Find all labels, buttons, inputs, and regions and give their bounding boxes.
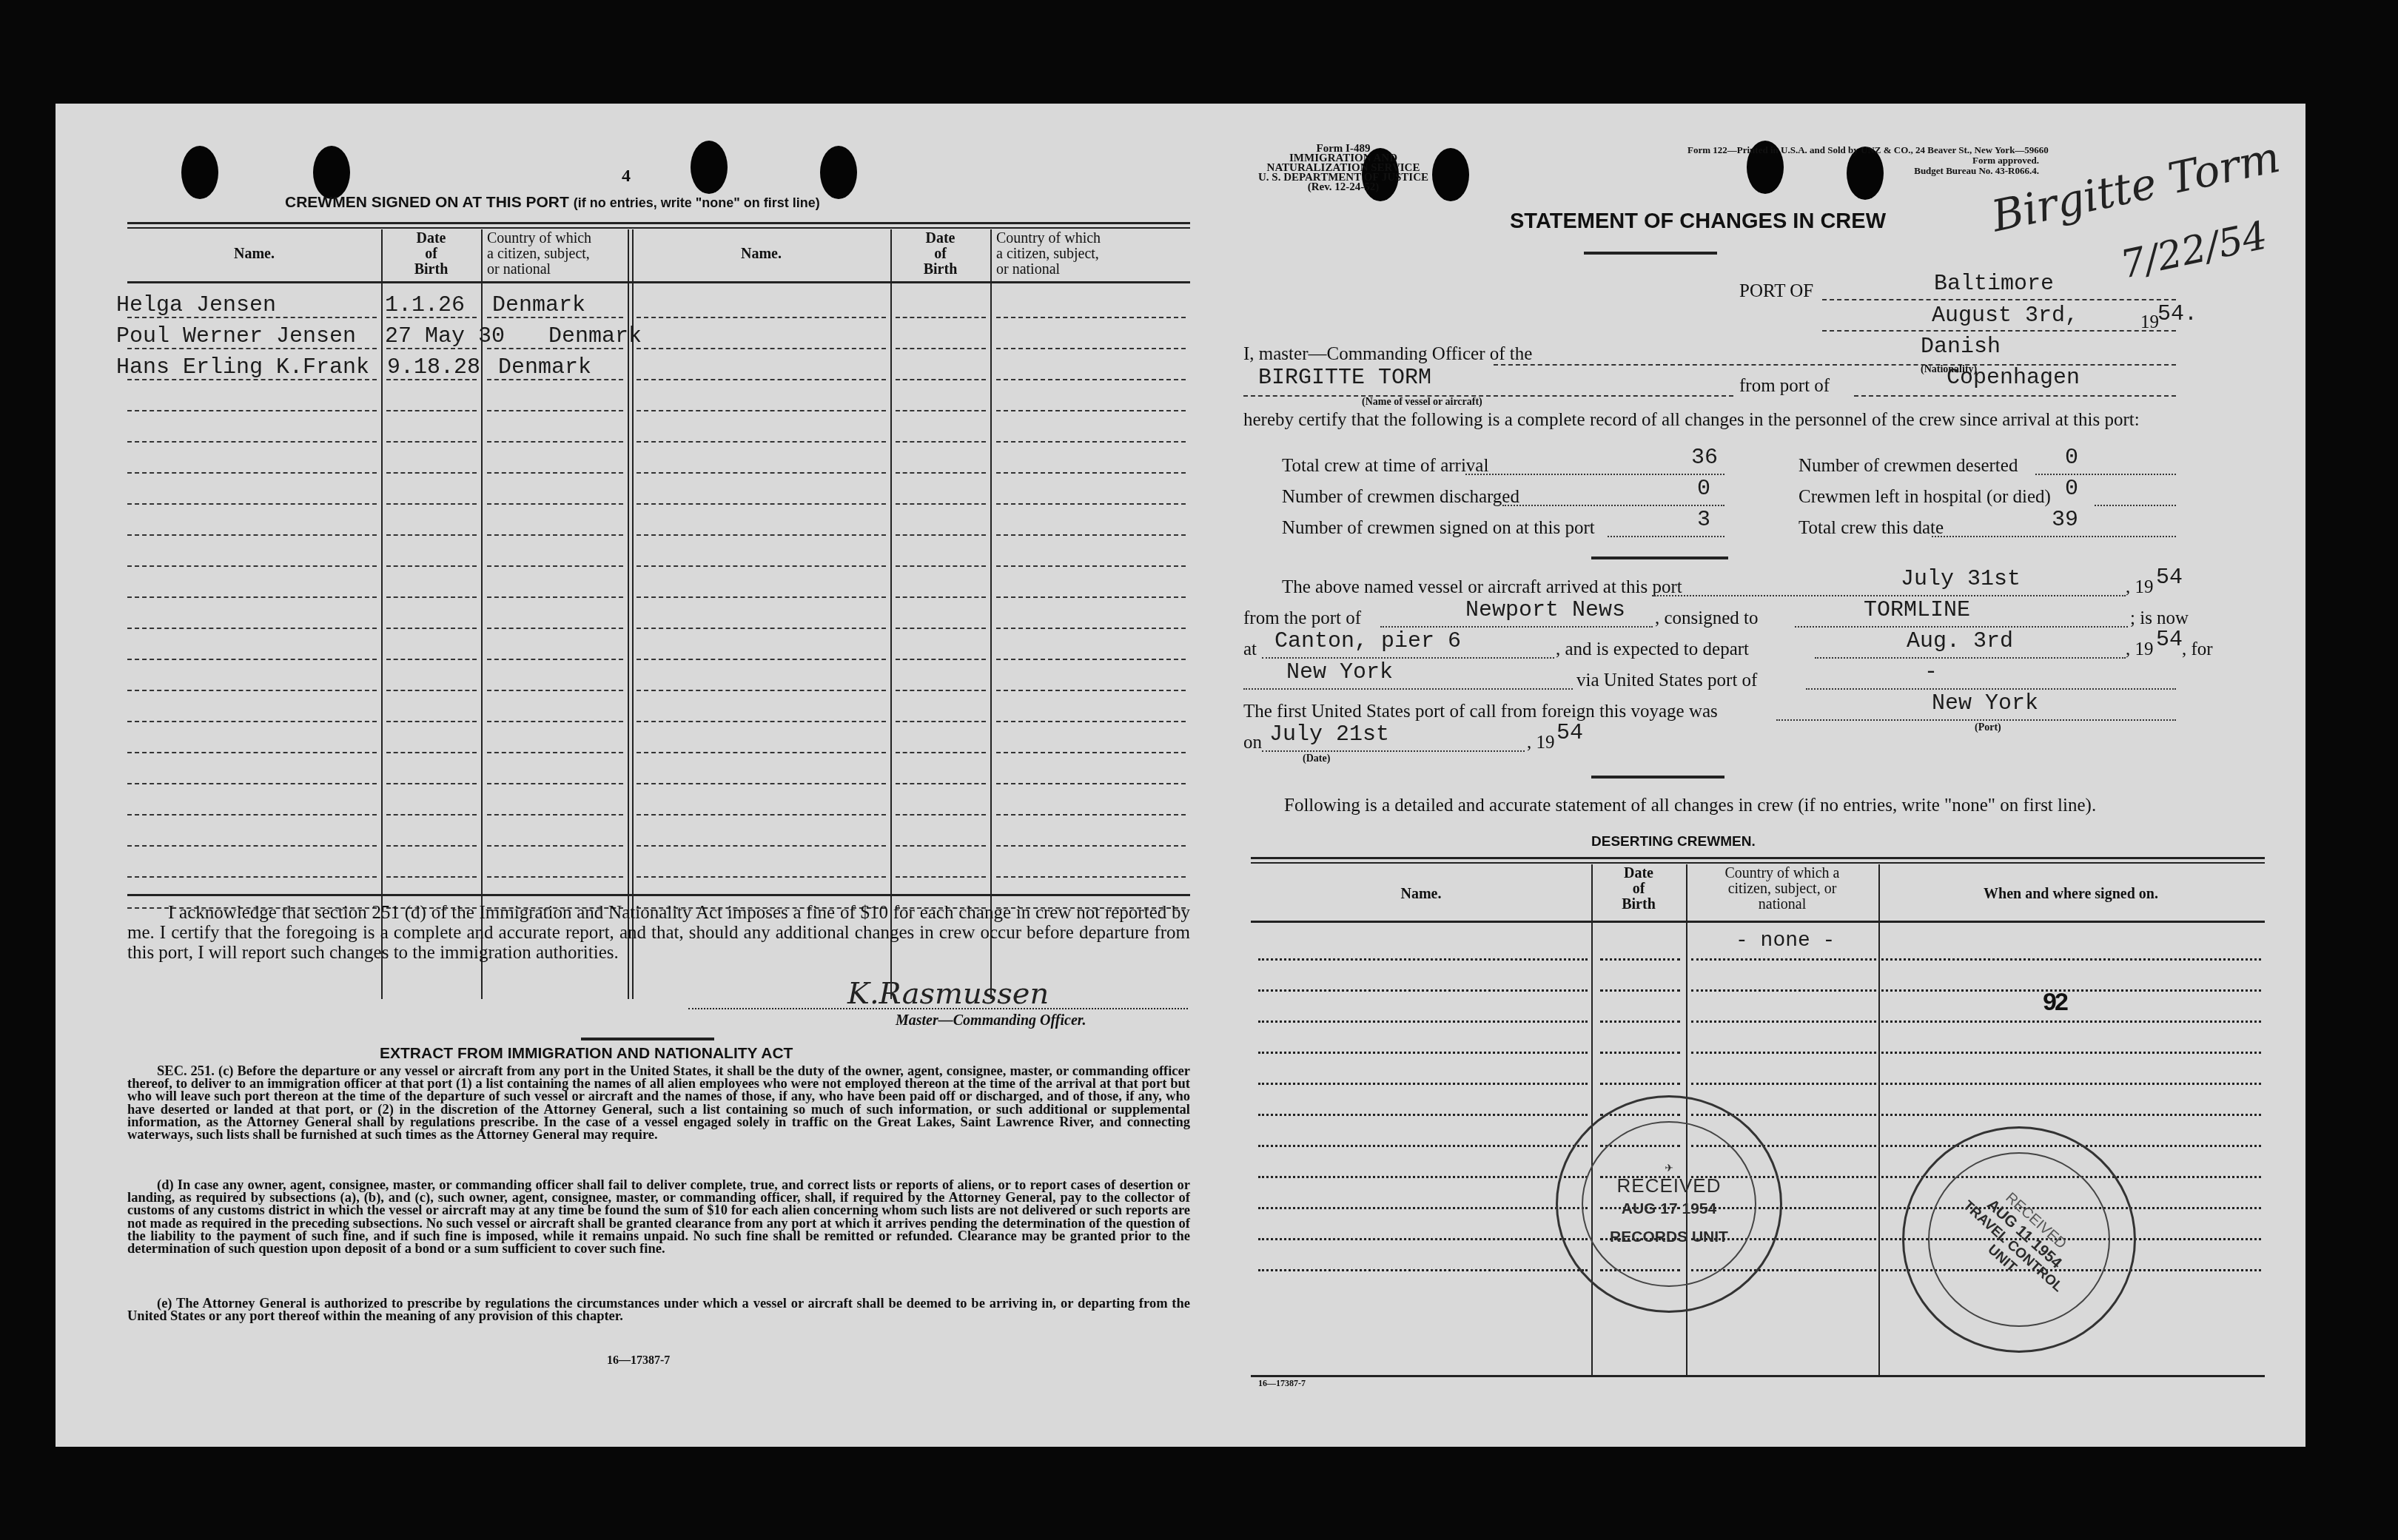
row-line (996, 659, 1186, 660)
depart-date: Aug. 3rd (1907, 629, 2013, 654)
row-line (996, 472, 1186, 474)
row-line (996, 348, 1186, 349)
row-line (1881, 989, 2261, 992)
row-line (1258, 1176, 1588, 1178)
from-port-value: Copenhagen (1947, 366, 2080, 391)
handwritten-date: 7/22/54 (2117, 213, 2271, 287)
stamp-inner-ring (1582, 1121, 1756, 1287)
header-dob-line: Date (1591, 866, 1686, 881)
stat-value: 0 (1697, 477, 1710, 502)
header-rule (1251, 921, 2265, 923)
row-line (996, 534, 1186, 536)
field-line (2095, 505, 2176, 506)
column-divider (1591, 864, 1593, 1375)
crewman-dob: 1.1.26 (385, 293, 465, 318)
field-line (1822, 299, 2176, 300)
field-line (1932, 536, 2176, 537)
certify-text: hereby certify that the following is a c… (1243, 410, 2176, 431)
arrived-label: The above named vessel or aircraft arriv… (1282, 577, 1682, 598)
crewman-dob: 9.18.28 (387, 355, 480, 380)
stat-label: Number of crewmen discharged (1282, 487, 1519, 508)
field-line (2035, 474, 2176, 475)
row-line (637, 503, 886, 505)
punch-hole (313, 146, 350, 199)
signature-caption: Master—Commanding Officer. (896, 1012, 1086, 1029)
row-line (996, 690, 1186, 691)
row-line (1881, 1083, 2261, 1085)
row-line (127, 845, 377, 847)
year-prefix: , 19 (1527, 733, 1555, 753)
stat-label: Total crew at time of arrival (1282, 456, 1488, 477)
row-line (1600, 1052, 1680, 1054)
row-line (386, 659, 477, 660)
row-line (637, 410, 886, 411)
header-when-where: When and where signed on. (1878, 887, 2263, 902)
master-label: I, master—Commanding Officer of the (1243, 344, 1532, 365)
stat-label: Number of crewmen deserted (1798, 456, 2018, 477)
section-title: CREWMEN SIGNED ON AT THIS PORT (if no en… (285, 194, 820, 212)
nationality-value: Danish (1921, 334, 2001, 360)
field-line (1502, 505, 1724, 506)
arrived-date: July 31st (1901, 567, 2021, 592)
row-line (996, 628, 1186, 629)
row-line (1258, 1083, 1588, 1085)
row-line (386, 534, 477, 536)
row-line (637, 317, 886, 318)
header-dob: Date of Birth (890, 231, 990, 278)
header-country: Country of which a citizen, subject, or … (1686, 866, 1878, 912)
date-value: August 3rd, (1932, 303, 2078, 329)
row-line (996, 845, 1186, 847)
acknowledgement-text: I acknowledge that section 251 (d) of th… (127, 903, 1190, 963)
row-line (1881, 958, 2261, 961)
header-dob-line: Birth (1591, 897, 1686, 912)
from-port: Newport News (1465, 598, 1625, 623)
form-code: 16—17387-7 (1258, 1378, 1306, 1389)
extract-section-c: SEC. 251. (c) Before the departure or an… (127, 1066, 1190, 1142)
port-value: Baltimore (1934, 272, 2054, 297)
row-line (996, 783, 1186, 784)
deserting-title: DESERTING CREWMEN. (1591, 834, 1756, 850)
row-line (1258, 1269, 1588, 1271)
row-line (996, 596, 1186, 598)
row-line (637, 690, 886, 691)
row-line (127, 783, 377, 784)
first-port-year: 54 (1556, 721, 1583, 746)
row-line (996, 441, 1186, 443)
column-divider (890, 229, 892, 999)
row-line (487, 472, 623, 474)
row-line (487, 659, 623, 660)
row-line (127, 441, 377, 443)
row-line (637, 845, 886, 847)
row-line (386, 752, 477, 753)
row-line (996, 379, 1186, 380)
row-line (1600, 958, 1680, 961)
first-port-label: The first United States port of call fro… (1243, 702, 1718, 722)
extract-section-d: (d) In case any owner, agent, consignee,… (127, 1180, 1190, 1256)
row-line (386, 503, 477, 505)
row-line (487, 783, 623, 784)
date-caption: (Date) (1303, 753, 1330, 765)
row-line (637, 441, 886, 443)
row-line (637, 752, 886, 753)
row-line (896, 690, 986, 691)
via-port: - (1924, 660, 1938, 685)
signature-line (688, 1008, 1188, 1009)
crewman-dob: 27 May 30 (385, 324, 505, 349)
column-divider (1878, 864, 1880, 1375)
row-line (386, 876, 477, 878)
row-line (127, 472, 377, 474)
stat-value: 36 (1691, 445, 1718, 471)
row-line (487, 690, 623, 691)
header-dob-line: Date (890, 231, 990, 246)
location: Canton, pier 6 (1274, 629, 1461, 654)
row-line (127, 534, 377, 536)
left-page: 4 CREWMEN SIGNED ON AT THIS PORT (if no … (56, 104, 1193, 1447)
header-country-line: or national (487, 262, 628, 278)
field-line (1465, 474, 1724, 475)
destination: New York (1286, 660, 1393, 685)
row-line (896, 503, 986, 505)
row-line (896, 441, 986, 443)
year-prefix: , 19 (2126, 639, 2154, 660)
field-line (1815, 657, 2126, 659)
vessel-caption: (Name of vessel or aircraft) (1362, 397, 1482, 408)
header-dob-line: of (890, 246, 990, 262)
divider (1591, 776, 1724, 779)
divider (581, 1038, 714, 1040)
row-line (386, 410, 477, 411)
budget-number: Budget Bureau No. 43-R066.4. (1828, 166, 2039, 176)
consigned-label: , consigned to (1655, 608, 1759, 629)
row-line (487, 410, 623, 411)
header-country-line: Country of which (487, 231, 628, 246)
punch-hole (820, 146, 857, 199)
row-line (637, 876, 886, 878)
row-line (996, 503, 1186, 505)
crewman-name: Poul Werner Jensen (116, 324, 356, 349)
depart-label: , and is expected to depart (1556, 639, 1749, 660)
row-line (1258, 1145, 1588, 1147)
row-line (1691, 989, 1876, 992)
approval-text: Form approved. (1828, 155, 2039, 166)
stat-label: Number of crewmen signed on at this port (1282, 518, 1595, 539)
row-line (1258, 1114, 1588, 1116)
stamped-number: 92 (2043, 988, 2066, 1017)
divider (1591, 557, 1728, 559)
punch-hole (691, 141, 728, 194)
row-line (637, 596, 886, 598)
row-line (127, 752, 377, 753)
field-line (1795, 626, 2128, 628)
header-country-line: national (1686, 897, 1878, 912)
field-line (1806, 688, 2176, 690)
row-line (487, 752, 623, 753)
row-line (896, 659, 986, 660)
row-line (127, 876, 377, 878)
depart-year: 54 (2156, 628, 2183, 653)
stat-label: Total crew this date (1798, 518, 1944, 539)
header-dob-line: of (1591, 881, 1686, 897)
table-rule (127, 222, 1190, 224)
header-country: Country of which a citizen, subject, or … (996, 231, 1137, 278)
deserting-entry-none: - none - (1736, 929, 1835, 952)
row-line (386, 441, 477, 443)
row-line (637, 659, 886, 660)
form-code: 16—17387-7 (607, 1354, 670, 1368)
row-line (637, 628, 886, 629)
row-line (896, 876, 986, 878)
table-rule (1251, 862, 2265, 864)
stat-value: 0 (2065, 445, 2078, 471)
row-line (1881, 1052, 2261, 1054)
following-text: Following is a detailed and accurate sta… (1243, 796, 2176, 816)
row-line (637, 534, 886, 536)
row-line (487, 596, 623, 598)
row-line (1600, 1020, 1680, 1023)
row-line (637, 379, 886, 380)
crewman-country: Denmark (548, 324, 642, 349)
document-title: STATEMENT OF CHANGES IN CREW (1510, 209, 1886, 234)
row-line (386, 814, 477, 816)
row-line (127, 659, 377, 660)
row-line (1881, 1020, 2261, 1023)
table-rule (127, 227, 1190, 229)
from-port-label: from port of (1739, 376, 1830, 397)
row-line (127, 690, 377, 691)
row-line (487, 534, 623, 536)
header-name: Name. (127, 246, 381, 262)
row-line (1258, 1207, 1588, 1209)
row-line (386, 690, 477, 691)
stat-label: Crewmen left in hospital (or died) (1798, 487, 2051, 508)
row-line (127, 814, 377, 816)
field-line (1243, 395, 1733, 397)
revision: (Rev. 12-24-52) (1247, 183, 1440, 192)
column-divider (990, 229, 992, 999)
via-label: via United States port of (1576, 670, 1757, 691)
header-country: Country of which a citizen, subject, or … (487, 231, 628, 278)
table-rule (1251, 857, 2265, 859)
stat-value: 3 (1697, 508, 1710, 533)
row-line (896, 814, 986, 816)
records-unit-stamp: ✈ RECEIVED AUG 17 1954 RECORDS UNIT (1556, 1095, 1782, 1313)
row-line (896, 628, 986, 629)
row-line (896, 783, 986, 784)
row-line (896, 565, 986, 567)
row-line (996, 565, 1186, 567)
row-line (637, 565, 886, 567)
first-port-date: July 21st (1269, 722, 1389, 747)
row-line (127, 565, 377, 567)
row-line (487, 628, 623, 629)
header-dob-line: Birth (890, 262, 990, 278)
row-line (386, 721, 477, 722)
field-line (1262, 657, 1554, 659)
row-line (896, 410, 986, 411)
row-line (386, 565, 477, 567)
arrived-year: 54 (2156, 565, 2183, 591)
crewman-name: Helga Jensen (116, 293, 276, 318)
row-line (637, 814, 886, 816)
header-country-line: or national (996, 262, 1137, 278)
row-line (127, 503, 377, 505)
row-line (487, 845, 623, 847)
field-line (1262, 750, 1525, 752)
table-bottom-rule (127, 894, 1190, 896)
row-line (1258, 989, 1588, 992)
row-line (896, 752, 986, 753)
header-country-line: Country of which a (1686, 866, 1878, 881)
row-line (1600, 1083, 1680, 1085)
row-line (1691, 958, 1876, 961)
travel-control-stamp: RECEIVED AUG 11 1954 TRAVEL CONTROL UNIT (1902, 1126, 2136, 1353)
field-line (1652, 595, 2126, 596)
field-line (1380, 626, 1653, 628)
section-note: (if no entries, write "none" on first li… (574, 195, 820, 210)
crewman-name: Hans Erling K.Frank (116, 355, 369, 380)
row-line (487, 503, 623, 505)
is-now-label: ; is now (2130, 608, 2189, 629)
row-line (1691, 1052, 1876, 1054)
row-line (637, 721, 886, 722)
year-value: 54. (2157, 302, 2197, 327)
row-line (127, 596, 377, 598)
row-line (996, 876, 1186, 878)
punch-hole (181, 146, 218, 199)
row-line (996, 814, 1186, 816)
page-number: 4 (622, 167, 631, 186)
header-name: Name. (1251, 887, 1591, 902)
extract-title: EXTRACT FROM IMMIGRATION AND NATIONALITY… (380, 1045, 793, 1063)
header-dob: Date of Birth (1591, 866, 1686, 912)
first-port: New York (1932, 691, 2038, 716)
section-title-text: CREWMEN SIGNED ON AT THIS PORT (285, 194, 569, 211)
row-line (487, 876, 623, 878)
row-line (1258, 1020, 1588, 1023)
row-line (896, 472, 986, 474)
row-line (996, 410, 1186, 411)
row-line (386, 783, 477, 784)
header-country-line: a citizen, subject, (487, 246, 628, 262)
row-line (637, 472, 886, 474)
port-label: PORT OF (1739, 281, 1813, 302)
right-page: Form I-489 IMMIGRATION AND NATURALIZATIO… (1192, 104, 2305, 1447)
table-bottom-rule (1251, 1375, 2265, 1377)
row-line (487, 814, 623, 816)
crewman-country: Denmark (498, 355, 591, 380)
column-divider (381, 229, 383, 999)
consignee: TORMLINE (1864, 598, 1970, 623)
form-approval: Form approved. Budget Bureau No. 43-R066… (1828, 155, 2039, 176)
form-header-left: Form I-489 IMMIGRATION AND NATURALIZATIO… (1247, 144, 1440, 192)
row-line (127, 628, 377, 629)
header-name: Name. (632, 246, 890, 262)
row-line (127, 410, 377, 411)
master-signature: K.Rasmussen (847, 977, 1049, 1011)
row-line (1258, 1238, 1588, 1240)
from-label: from the port of (1243, 608, 1361, 629)
row-line (996, 317, 1186, 318)
extract-section-e: (e) The Attorney General is authorized t… (127, 1298, 1190, 1323)
year-prefix: , 19 (2126, 577, 2154, 598)
stat-value: 39 (2052, 508, 2078, 533)
header-country-line: citizen, subject, or (1686, 881, 1878, 897)
header-dob: Date of Birth (381, 231, 481, 278)
for-label: , for (2182, 639, 2213, 660)
field-line (1243, 688, 1573, 690)
row-line (386, 628, 477, 629)
row-line (1258, 1052, 1588, 1054)
row-line (996, 752, 1186, 753)
field-line (1854, 395, 2176, 397)
field-line (1822, 330, 2176, 332)
row-line (487, 721, 623, 722)
row-line (386, 596, 477, 598)
row-line (127, 721, 377, 722)
row-line (637, 783, 886, 784)
vessel-name: BIRGITTE TORM (1258, 366, 1431, 391)
port-caption: (Port) (1975, 722, 2001, 734)
header-country-line: a citizen, subject, (996, 246, 1137, 262)
row-line (1258, 958, 1588, 961)
row-line (1691, 1020, 1876, 1023)
agency: IMMIGRATION AND NATURALIZATION SERVICE (1247, 154, 1440, 173)
row-line (896, 348, 986, 349)
header-dob-line: Birth (381, 262, 481, 278)
header-country-line: Country of which (996, 231, 1137, 246)
row-line (637, 348, 886, 349)
header-dob-line: Date (381, 231, 481, 246)
row-line (896, 845, 986, 847)
field-line (1608, 536, 1724, 537)
header-rule (127, 281, 1190, 283)
row-line (896, 534, 986, 536)
row-line (896, 317, 986, 318)
row-line (1600, 989, 1680, 992)
row-line (1881, 1114, 2261, 1116)
row-line (996, 721, 1186, 722)
field-line (1776, 719, 2176, 721)
row-line (386, 845, 477, 847)
divider (1584, 252, 1717, 255)
row-line (487, 565, 623, 567)
row-line (896, 596, 986, 598)
row-line (487, 441, 623, 443)
stat-value: 0 (2065, 477, 2078, 502)
at-label: at (1243, 639, 1257, 660)
on-label: on (1243, 733, 1262, 753)
row-line (386, 472, 477, 474)
row-line (896, 721, 986, 722)
header-dob-line: of (381, 246, 481, 262)
row-line (896, 379, 986, 380)
crewman-country: Denmark (492, 293, 585, 318)
row-line (1691, 1083, 1876, 1085)
